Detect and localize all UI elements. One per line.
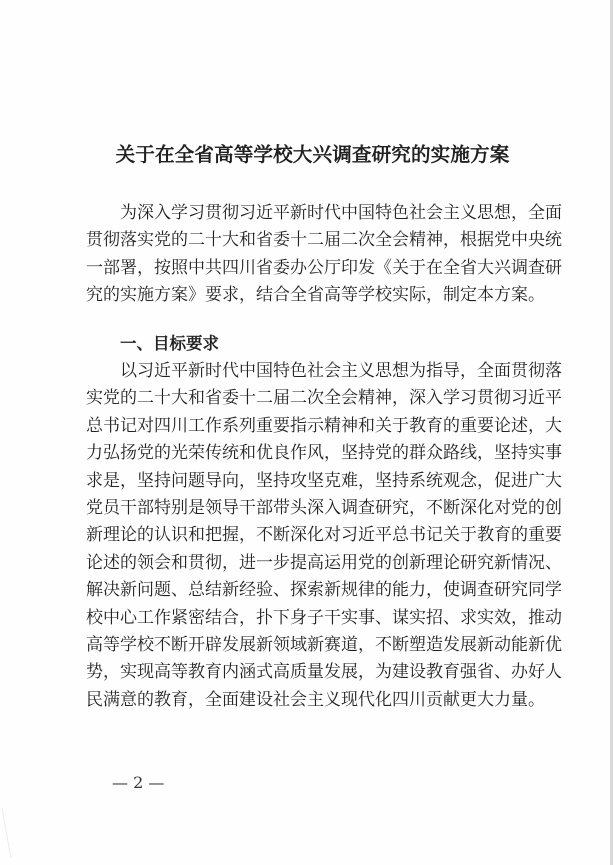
paragraph-line: 校中心工作紧密结合，扑下身子干实事、谋实招、求实效，推动 (86, 605, 532, 632)
paragraph-line: 究的实施方案》要求，结合全省高等学校实际，制定本方案。 (86, 282, 532, 309)
paragraph-line: 势，实现高等教育内涵式高质量发展，为建设教育强省、办好人 (86, 659, 532, 686)
paragraph-line: 为深入学习贯彻习近平新时代中国特色社会主义思想，全面 (86, 200, 532, 227)
scan-artifact-line (2, 808, 12, 857)
paragraph-line: 贯彻落实党的二十大和省委十二届二次全会精神，根据党中央统 (86, 227, 532, 254)
paragraph-line: 高等学校不断开辟发展新领域新赛道，不断塑造发展新动能新优 (86, 632, 532, 659)
paragraph-line: 力弘扬党的光荣传统和优良作风，坚持党的群众路线，坚持实事 (86, 440, 532, 467)
paragraph-line: 民满意的教育，全面建设社会主义现代化四川贡献更大力量。 (86, 687, 532, 714)
paragraph-line: 一部署，按照中共四川省委办公厅印发《关于在全省大兴调查研 (86, 255, 532, 282)
paragraph-line: 党员干部特别是领导干部带头深入调查研究，不断深化对党的创 (86, 495, 532, 522)
paragraph-line: 新理论的认识和把握，不断深化对习近平总书记关于教育的重要 (86, 522, 532, 549)
paragraph-line: 解决新问题、总结新经验、探索新规律的能力，使调查研究同学 (86, 577, 532, 604)
document-title: 关于在全省高等学校大兴调查研究的实施方案 (90, 138, 535, 167)
paragraph-line: 论述的领会和贯彻，进一步提高运用党的创新理论研究新情况、 (86, 550, 532, 577)
paragraph-line: 求是，坚持问题导向，坚持攻坚克难，坚持系统观念，促进广大 (86, 468, 532, 495)
paragraph-line: 以习近平新时代中国特色社会主义思想为指导，全面贯彻落 (86, 358, 532, 385)
paragraph-line: 总书记对四川工作系列重要指示精神和关于教育的重要论述，大 (86, 413, 532, 440)
intro-paragraph: 为深入学习贯彻习近平新时代中国特色社会主义思想，全面 贯彻落实党的二十大和省委十… (86, 200, 532, 310)
section-heading-objectives: 一、目标要求 (120, 330, 219, 354)
paragraph-line: 实党的二十大和省委十二届二次全会精神，深入学习贯彻习近平 (86, 385, 532, 412)
document-page: 关于在全省高等学校大兴调查研究的实施方案 为深入学习贯彻习近平新时代中国特色社会… (0, 0, 613, 865)
page-number: — 2 — (112, 773, 164, 792)
objectives-paragraph: 以习近平新时代中国特色社会主义思想为指导，全面贯彻落 实党的二十大和省委十二届二… (86, 358, 532, 714)
